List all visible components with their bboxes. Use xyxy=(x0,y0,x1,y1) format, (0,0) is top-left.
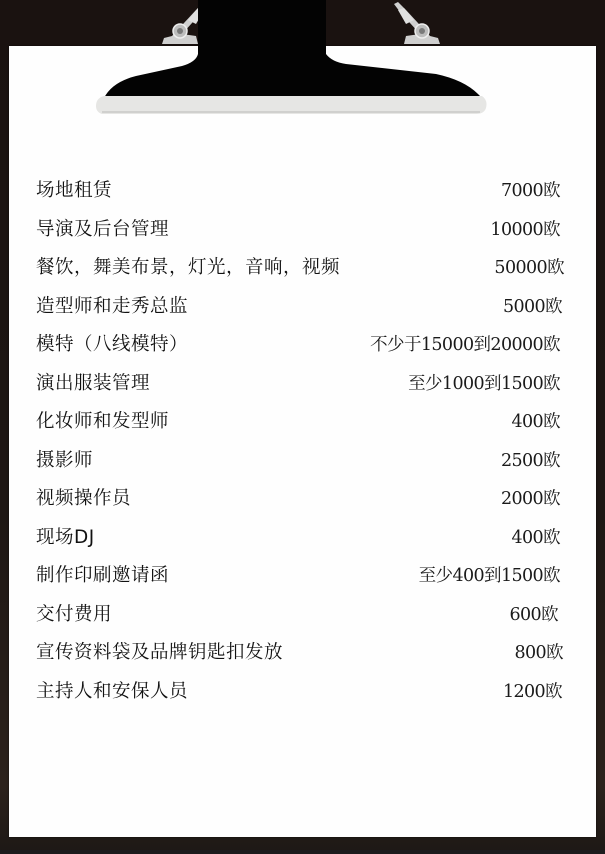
list-item: 模特（八线模特） 不少于15000到20000欧 xyxy=(36,326,564,365)
list-item: 制作印刷邀请函 至少400到1500欧 xyxy=(36,557,564,596)
list-item: 摄影师 2500欧 xyxy=(36,442,564,481)
list-item: 主持人和安保人员 1200欧 xyxy=(36,673,564,712)
item-label: 交付费用 xyxy=(36,596,112,634)
bottom-edge xyxy=(0,850,605,854)
list-item: 化妆师和发型师 400欧 xyxy=(36,403,564,442)
clip-jaw-icon xyxy=(96,50,496,114)
item-price: 2500欧 xyxy=(501,442,560,480)
list-item: 导演及后台管理 10000欧 xyxy=(36,211,564,250)
item-price: 至少1000到1500欧 xyxy=(408,365,560,403)
item-label: 模特（八线模特） xyxy=(36,326,188,364)
list-item: 场地租赁 7000欧 xyxy=(36,172,564,211)
list-item: 演出服装管理 至少1000到1500欧 xyxy=(36,365,564,404)
item-label: 化妆师和发型师 xyxy=(36,403,169,441)
item-price: 400欧 xyxy=(511,519,560,557)
item-label: 餐饮，舞美布景，灯光，音响，视频 xyxy=(36,249,340,287)
item-price: 50000欧 xyxy=(494,249,564,287)
item-price: 400欧 xyxy=(511,403,560,441)
item-price: 600欧 xyxy=(509,596,558,634)
item-label: 场地租赁 xyxy=(36,172,112,210)
item-label: 主持人和安保人员 xyxy=(36,673,188,711)
item-label: 演出服装管理 xyxy=(36,365,150,403)
item-label: 造型师和走秀总监 xyxy=(36,288,188,326)
item-label: 摄影师 xyxy=(36,442,93,480)
item-price: 至少400到1500欧 xyxy=(419,557,560,595)
list-item: 现场DJ 400欧 xyxy=(36,519,564,558)
clip-hinge-right-icon xyxy=(380,0,450,46)
list-item: 造型师和走秀总监 5000欧 xyxy=(36,288,564,327)
item-price: 1200欧 xyxy=(503,673,562,711)
list-item: 视频操作员 2000欧 xyxy=(36,480,564,519)
list-item: 餐饮，舞美布景，灯光，音响，视频 50000欧 xyxy=(36,249,564,288)
item-price: 2000欧 xyxy=(501,480,560,518)
list-item: 交付费用 600欧 xyxy=(36,596,564,635)
price-list: 场地租赁 7000欧 导演及后台管理 10000欧 餐饮，舞美布景，灯光，音响，… xyxy=(36,172,564,711)
item-label: 导演及后台管理 xyxy=(36,211,169,249)
item-label: 宣传资料袋及品牌钥匙扣发放 xyxy=(36,634,283,672)
item-label: 视频操作员 xyxy=(36,480,131,518)
item-price: 800欧 xyxy=(514,634,563,672)
clip-body xyxy=(198,0,326,52)
item-price: 7000欧 xyxy=(501,172,560,210)
item-price: 5000欧 xyxy=(503,288,562,326)
item-label: 现场DJ xyxy=(36,519,95,557)
list-item: 宣传资料袋及品牌钥匙扣发放 800欧 xyxy=(36,634,564,673)
item-price: 不少于15000到20000欧 xyxy=(370,326,560,364)
item-price: 10000欧 xyxy=(490,211,560,249)
item-label: 制作印刷邀请函 xyxy=(36,557,169,595)
